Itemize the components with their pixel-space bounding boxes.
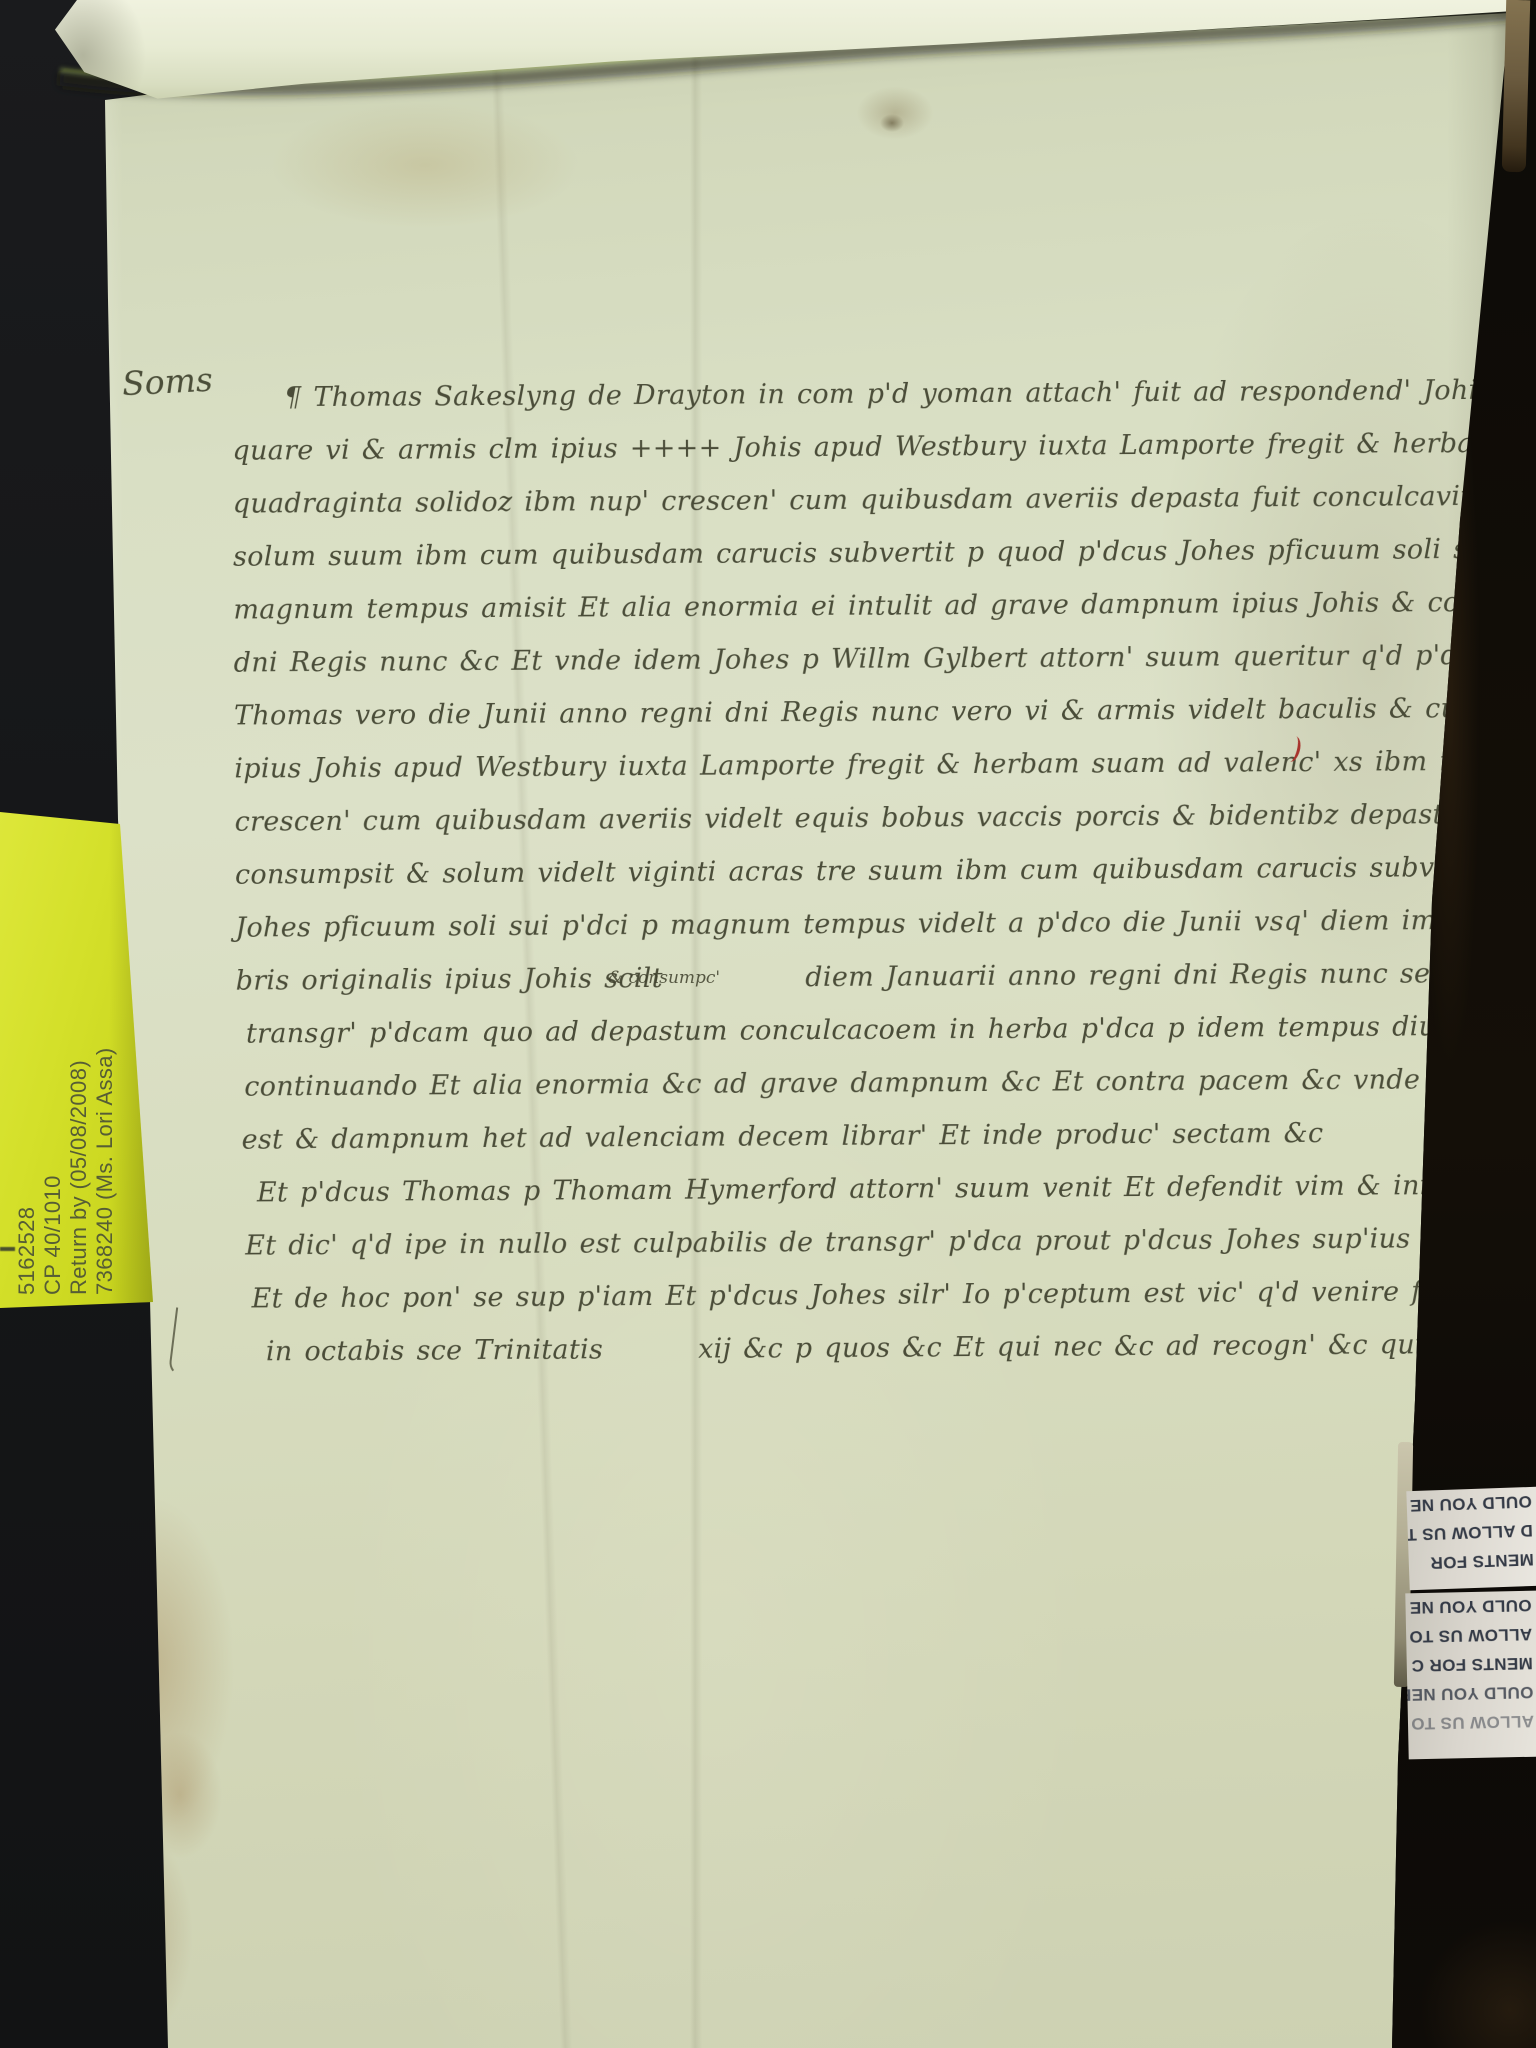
manuscript-line: Johes pficuum soli sui p'dci p magnum te… [235,894,1390,954]
manuscript-line: ¶ Thomas Sakeslyng de Drayton in com p'd… [284,364,1387,424]
manuscript-line: Et de hoc pon' se sup p'iam Et p'dcus Jo… [251,1265,1392,1325]
manuscript-line: quare vi & armis clm ipius ++++ Johis ap… [232,417,1387,477]
strip-text-line: OULD YOU NE [1406,1487,1532,1520]
manuscript-line: transgr' p'dcam quo ad depastum conculca… [246,1000,1391,1060]
sticky-note-line: 7368240 (Ms. Lori Assa) [92,965,118,1295]
manuscript-line: Et dic' q'd ipe in nullo est culpabilis … [245,1212,1392,1272]
sticky-note-text: 5162528CP 40/1010Return by (05/08/2008)7… [14,965,120,1295]
strip-text-line: OULD YOU NEE [1407,1678,1534,1710]
manuscript-line: crescen' cum quibusdam averiis videlt eq… [235,788,1390,848]
manuscript-line: consumpsit & solum videlt viginti acras … [235,841,1390,901]
sticky-note-line: 5162528 [14,965,40,1295]
interline-note: & consumpc' [608,968,720,988]
membrane-edge [1502,0,1530,172]
margin-note: Soms [121,360,214,404]
note-dash [0,1247,15,1251]
strip-text-line: MENTS FOR [1408,1545,1534,1578]
manuscript-line: magnum tempus amisit Et alia enormia ei … [233,576,1388,636]
strip-text-line: OULD YOU NE [1405,1591,1532,1623]
strip-text-line: ALLOW US TO [1406,1620,1533,1652]
paper-strip-bottom: ALLOW US TOOULD YOU NEEMENTS FOR CALLOW … [1405,1591,1536,1760]
manuscript-line: in octabis sce Trinitatis xij &c p quos … [266,1318,1393,1378]
manuscript-line: ipius Johis apud Westbury iuxta Lamporte… [234,735,1389,795]
sticky-note-line: CP 40/1010 [40,965,66,1295]
strip-text-line: D ALLOW US TO [1407,1516,1533,1549]
manuscript-line: quadraginta solidoz ibm nup' crescen' cu… [233,470,1388,530]
manuscript-line: continuando Et alia enormia &c ad grave … [244,1053,1391,1113]
manuscript-line: solum suum ibm cum quibusdam carucis sub… [233,523,1388,583]
strip-text-line: ALLOW US TO [1408,1707,1535,1739]
sticky-note-line: Return by (05/08/2008) [66,965,92,1295]
manuscript-line: bris originalis ipius Johis scilt diem J… [235,947,1390,1007]
manuscript-line: Et p'dcus Thomas p Thomam Hymerford atto… [257,1159,1392,1219]
manuscript-line: dni Regis nunc &c Et vnde idem Johes p W… [234,629,1389,689]
photo-scene: Soms ¶ Thomas Sakeslyng de Drayton in co… [0,0,1536,2048]
manuscript-line: Thomas vero die Junii anno regni dni Reg… [234,682,1389,742]
manuscript-text-block: ¶ Thomas Sakeslyng de Drayton in com p'd… [232,364,1393,1378]
paper-strip-top: MENTS FORD ALLOW US TOOULD YOU NE [1406,1487,1536,1590]
strip-text-line: MENTS FOR C [1406,1649,1533,1681]
manuscript-line: est & dampnum het ad valenciam decem lib… [241,1106,1391,1166]
